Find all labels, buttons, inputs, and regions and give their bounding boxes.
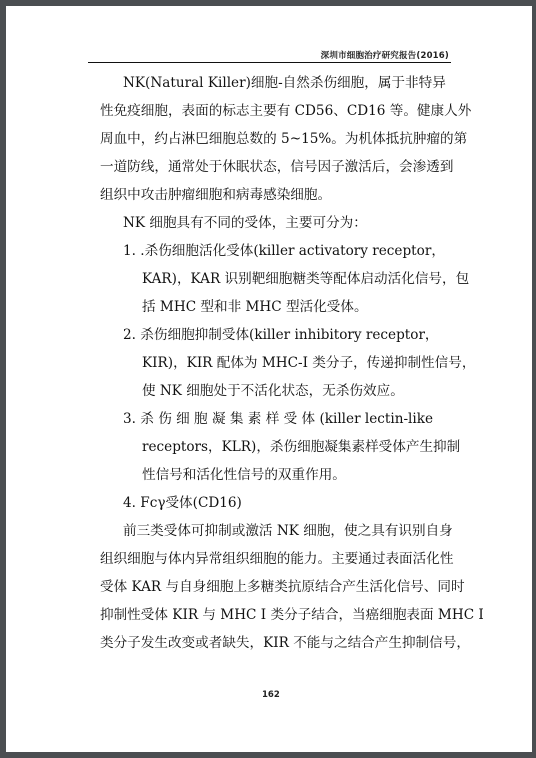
text-line: 括 MHC 型和非 MHC 型活化受体。 xyxy=(142,298,368,316)
text-line: 使 NK 细胞处于不活化状态，无杀伤效应。 xyxy=(142,382,404,400)
document-page: 深圳市细胞治疗研究报告(2016) NK(Natural Killer)细胞-自… xyxy=(6,6,532,752)
text-line: 2. 杀伤细胞抑制受体(killer inhibitory receptor， xyxy=(123,326,439,344)
text-line: 类分子发生改变或者缺失，KIR 不能与之结合产生抑制信号， xyxy=(100,634,470,652)
text-line: 组织细胞与体内异常组织细胞的能力。主要通过表面活化性 xyxy=(100,550,453,568)
page-header: 深圳市细胞治疗研究报告(2016) xyxy=(88,46,451,63)
text-line: 受体 KAR 与自身细胞上多糖类抗原结合产生活化信号、同时 xyxy=(100,578,465,596)
page-number: 162 xyxy=(262,690,280,700)
text-line: KAR)，KAR 识别靶细胞糖类等配体启动活化信号，包 xyxy=(142,270,469,288)
text-line: 抑制性受体 KIR 与 MHC I 类分子结合，当癌细胞表面 MHC I xyxy=(100,606,484,624)
text-line: 性免疫细胞，表面的标志主要有 CD56、CD16 等。健康人外 xyxy=(100,102,471,120)
text-line: 一道防线，通常处于休眠状态，信号因子激活后，会渗透到 xyxy=(100,158,453,176)
text-line: 组织中攻击肿瘤细胞和病毒感染细胞。 xyxy=(100,186,331,204)
text-line: 前三类受体可抑制或激活 NK 细胞，使之具有识别自身 xyxy=(123,522,453,540)
header-title: 深圳市细胞治疗研究报告(2016) xyxy=(321,49,449,61)
text-line: KIR)，KIR 配体为 MHC-I 类分子，传递抑制性信号， xyxy=(142,354,475,372)
text-line: receptors，KLR)，杀伤细胞凝集素样受体产生抑制 xyxy=(142,438,460,456)
text-line: 1. .杀伤细胞活化受体(killer activatory receptor， xyxy=(123,242,445,260)
text-line: NK(Natural Killer)细胞-自然杀伤细胞，属于非特异 xyxy=(123,74,446,92)
text-line: 周血中，约占淋巴细胞总数的 5~15%。为机体抵抗肿瘤的第 xyxy=(100,130,467,148)
text-line: 性信号和活化性信号的双重作用。 xyxy=(142,466,346,484)
text-line: 3. 杀 伤 细 胞 凝 集 素 样 受 体 (killer lectin-li… xyxy=(123,410,433,428)
text-line: 4. Fcγ受体(CD16) xyxy=(123,494,242,512)
text-line: NK 细胞具有不同的受体，主要可分为： xyxy=(123,214,367,232)
